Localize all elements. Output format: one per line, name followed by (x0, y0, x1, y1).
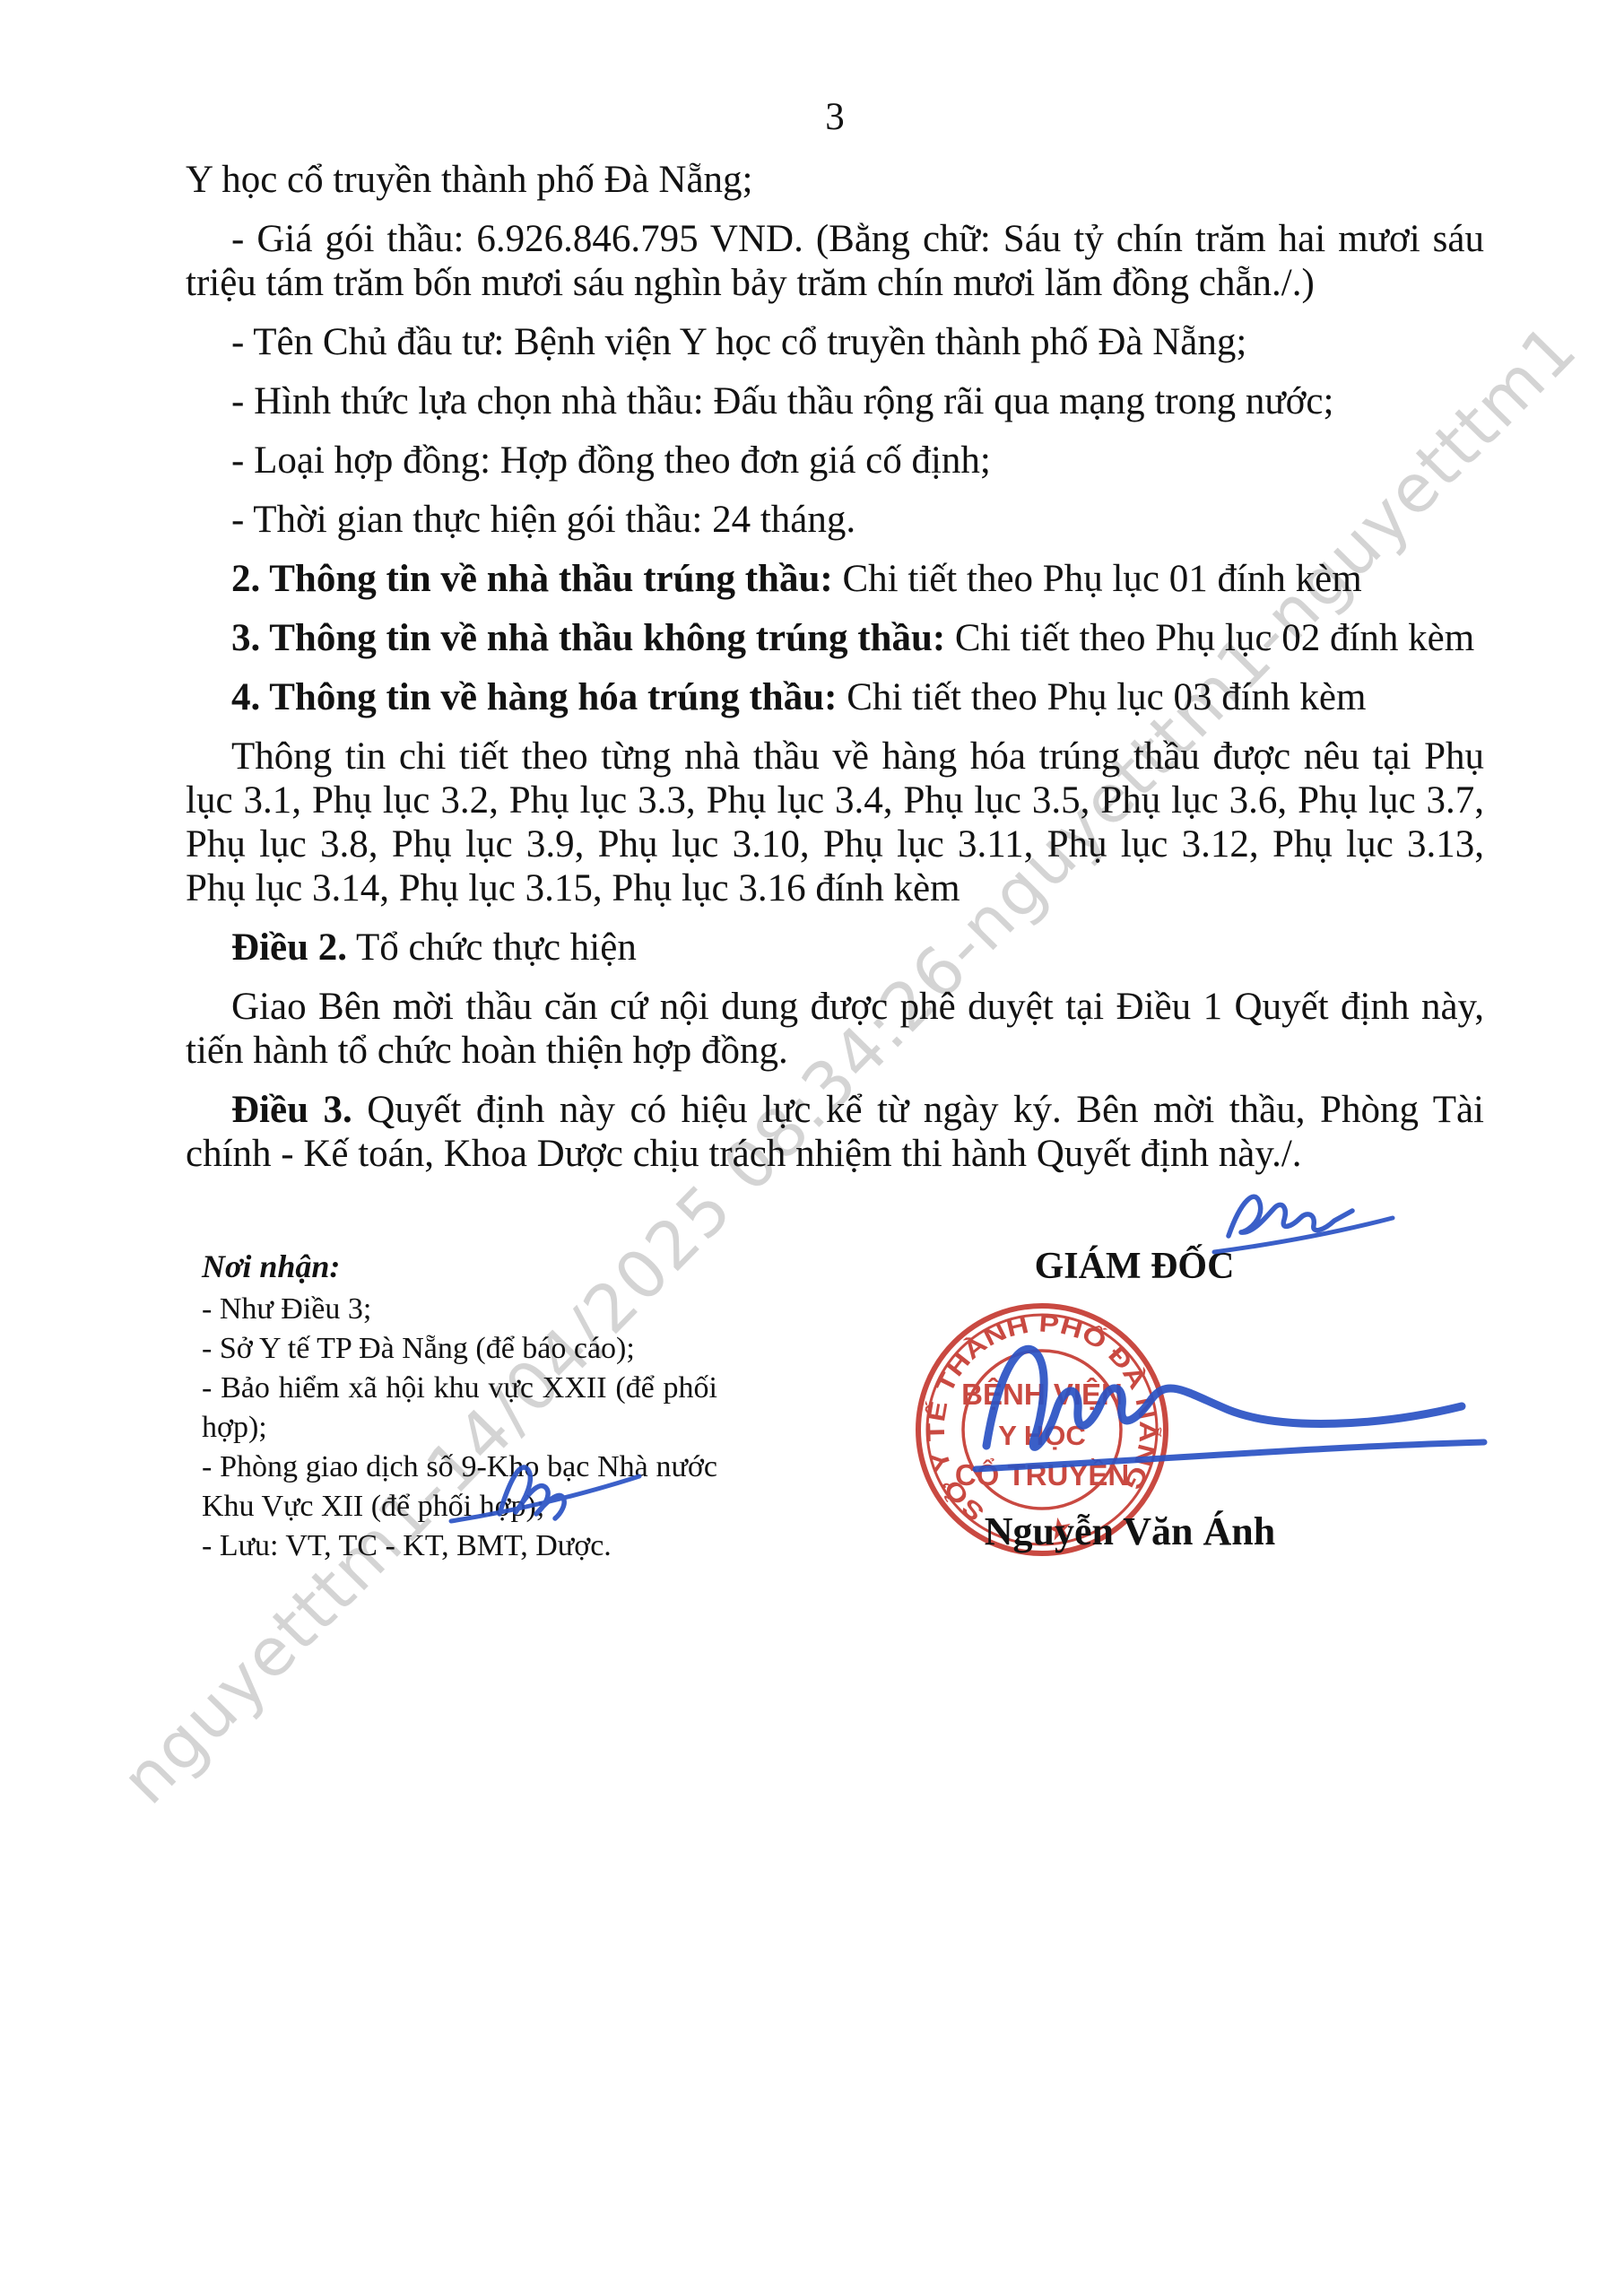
paragraph: Giao Bên mời thầu căn cứ nội dung được p… (186, 985, 1484, 1073)
page-number: 3 (186, 95, 1484, 139)
paragraph: Điều 3. Quyết định này có hiệu lực kể từ… (186, 1088, 1484, 1176)
director-signature (960, 1309, 1515, 1498)
paragraph: - Loại hợp đồng: Hợp đồng theo đơn giá c… (186, 439, 1484, 483)
initials-signature-bottom (444, 1442, 650, 1532)
paragraph: Thông tin chi tiết theo từng nhà thầu về… (186, 735, 1484, 910)
recipient-item: - Bảo hiểm xã hội khu vực XXII (để phối … (202, 1369, 717, 1448)
document-page: nguyetttm1-14/04/2025 08:34:26-nguyetttm… (0, 0, 1624, 2296)
paragraph: - Hình thức lựa chọn nhà thầu: Đấu thầu … (186, 379, 1484, 423)
paragraph: 2. Thông tin về nhà thầu trúng thầu: Chi… (186, 557, 1484, 601)
signer-name: Nguyễn Văn Ánh (942, 1509, 1318, 1554)
recipient-item: - Sở Y tế TP Đà Nẵng (để báo cáo); (202, 1329, 717, 1369)
paragraph-list: Y học cổ truyền thành phố Đà Nẵng;- Giá … (186, 158, 1484, 1176)
recipient-item: - Lưu: VT, TC - KT, BMT, Dược. (202, 1526, 717, 1566)
paragraph: 3. Thông tin về nhà thầu không trúng thầ… (186, 616, 1484, 660)
recipient-item: - Như Điều 3; (202, 1290, 717, 1329)
recipients-title: Nơi nhận: (202, 1247, 717, 1286)
paragraph: 4. Thông tin về hàng hóa trúng thầu: Chi… (186, 675, 1484, 719)
paragraph: - Giá gói thầu: 6.926.846.795 VND. (Bằng… (186, 217, 1484, 305)
paragraph: Điều 2. Tổ chức thực hiện (186, 926, 1484, 970)
paragraph: - Tên Chủ đầu tư: Bệnh viện Y học cổ tru… (186, 320, 1484, 364)
document-body: 3 Y học cổ truyền thành phố Đà Nẵng;- Gi… (186, 95, 1484, 1176)
paragraph: - Thời gian thực hiện gói thầu: 24 tháng… (186, 498, 1484, 542)
initials-signature-top (1209, 1180, 1402, 1265)
paragraph: Y học cổ truyền thành phố Đà Nẵng; (186, 158, 1484, 202)
